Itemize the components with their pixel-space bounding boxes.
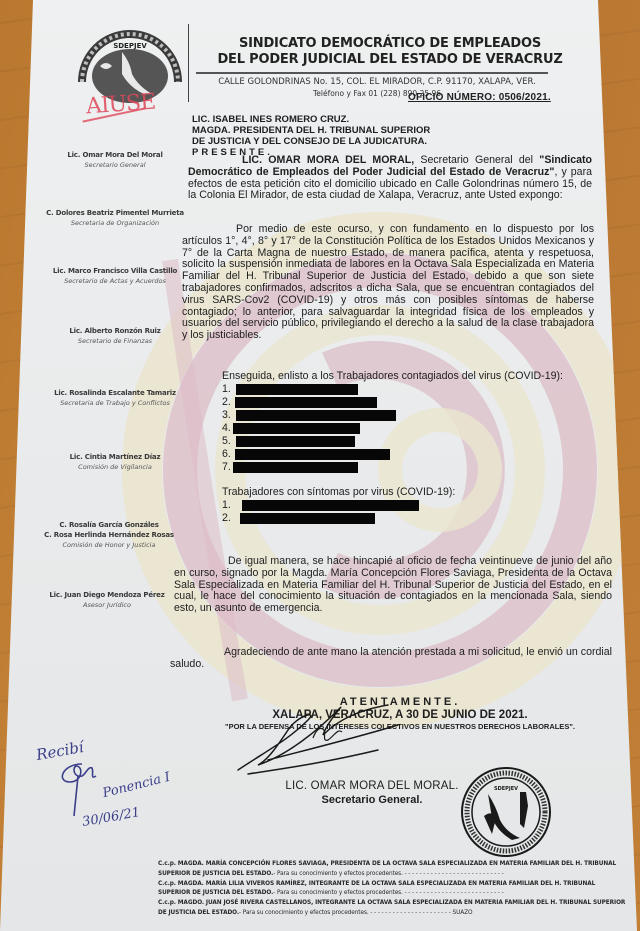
ccp-note: - Para su conocimiento y efectos procede… [273, 871, 403, 877]
sender-name: LIC. OMAR MORA DEL MORAL, [242, 154, 414, 166]
signature-scribble [228, 690, 408, 780]
received-handwritten-note: Recibí Ponencia I 30/06/21 [30, 730, 190, 840]
member-entry: Lic. Omar Mora Del Moral Secretario Gene… [40, 150, 190, 170]
list-item: 1. [222, 499, 622, 512]
oficio-number: OFICIO NÚMERO: 0506/2021. [408, 92, 551, 103]
member-name: Lic. Cintia Martínez Díaz [40, 452, 190, 462]
redacted-name [235, 397, 377, 408]
handwritten-stamp: AIUSE [85, 90, 156, 120]
header-horizontal-rule [196, 72, 548, 74]
member-role: Secretario de Finanzas [40, 336, 190, 346]
org-name-line-1: SINDICATO DEMOCRÁTICO DE EMPLEADOS [200, 36, 580, 52]
list-item: 4. [222, 422, 622, 435]
request-paragraph: Por medio de este ocurso, y con fundamen… [182, 224, 594, 342]
member-entry: Lic. Juan Diego Mendoza Pérez Asesor Jur… [32, 590, 182, 610]
signer-name: LIC. OMAR MORA DEL MORAL. [282, 780, 462, 792]
member-entry: C. Rosalía García Gonzáles C. Rosa Herli… [34, 520, 184, 550]
list-number: 1. [222, 499, 234, 512]
list-number: 2. [222, 512, 234, 525]
member-role: Secretario de Actas y Acuerdos [40, 276, 190, 286]
list-item: 7. [222, 461, 622, 474]
org-name-line-2: DEL PODER JUDICIAL DEL ESTADO DE VERACRU… [200, 52, 580, 68]
signer-role: Secretario General. [282, 794, 462, 806]
member-role: Comisión de Honor y Justicia [34, 540, 184, 550]
workers-lists: Enseguida, enlisto a los Trabajadores co… [222, 370, 622, 525]
list-item: 6. [222, 448, 622, 461]
list-number: 5. [222, 435, 234, 448]
ccp-suffix: SUAZO [453, 910, 473, 916]
list-item: 5. [222, 435, 622, 448]
member-entry: C. Dolores Beatriz Pimentel Murrieta Sec… [40, 208, 190, 228]
redacted-name [240, 513, 375, 524]
list-number: 2. [222, 396, 234, 409]
address-line: CALLE GOLONDRINAS No. 15, COL. EL MIRADO… [196, 76, 558, 88]
addressee-block: LIC. ISABEL INES ROMERO CRUZ. MAGDA. PRE… [192, 114, 430, 158]
member-role: Secretario General [40, 160, 190, 170]
carbon-copy-list: C.c.p. MAGDA. MARÍA CONCEPCIÓN FLORES SA… [158, 860, 628, 919]
member-role: Secretaria de Trabajo y Conflictos [40, 398, 190, 408]
list-number: 3. [222, 409, 234, 422]
member-entry: Lic. Rosalinda Escalante Tamariz Secreta… [40, 388, 190, 408]
list-number: 1. [222, 383, 234, 396]
member-entry: Lic. Alberto Ronzón Ruiz Secretario de F… [40, 326, 190, 346]
document-page: SDEPJEV SINDICATO DEMOCRÁTICO DE EMPLEAD… [0, 0, 640, 931]
member-name: Lic. Omar Mora Del Moral [40, 150, 190, 160]
redacted-name [236, 384, 358, 395]
union-seal-stamp: SDEPJEV [448, 766, 566, 858]
infected-list-title: Enseguida, enlisto a los Trabajadores co… [222, 370, 622, 383]
redacted-name [242, 500, 419, 511]
signer-block: LIC. OMAR MORA DEL MORAL. Secretario Gen… [282, 780, 462, 806]
member-name: Lic. Rosalinda Escalante Tamariz [40, 388, 190, 398]
ccp-note: - Para su conocimiento y efectos procede… [273, 890, 403, 896]
ccp-entry: C.c.p. MAGDA. MARÍA CONCEPCIÓN FLORES SA… [158, 860, 628, 880]
svg-text:SDEPJEV: SDEPJEV [494, 786, 518, 792]
header-vertical-rule [188, 24, 189, 102]
list-item: 2. [222, 396, 622, 409]
member-name: C. Rosa Herlinda Hernández Rosas [34, 530, 184, 540]
member-entry: Lic. Cintia Martínez Díaz Comisión de Vi… [40, 452, 190, 472]
request-text: Por medio de este ocurso, y con fundamen… [182, 223, 594, 341]
reference-text: De igual manera, se hace hincapié al ofi… [174, 555, 612, 614]
member-role: Asesor Jurídico [32, 600, 182, 610]
addressee-title-2: DE JUSTICIA Y DEL CONSEJO DE LA JUDICATU… [192, 136, 430, 147]
intro-text: Secretario General del [414, 154, 539, 166]
addressee-title-1: MAGDA. PRESIDENTA DEL H. TRIBUNAL SUPERI… [192, 125, 430, 136]
list-item: 2. [222, 512, 622, 525]
addressee-name: LIC. ISABEL INES ROMERO CRUZ. [192, 114, 430, 125]
member-name: C. Rosalía García Gonzáles [34, 520, 184, 530]
symptoms-list-title: Trabajadores con síntomas por virus (COV… [222, 486, 622, 499]
closing-text: Agradeciendo de ante mano la atención pr… [170, 646, 612, 670]
member-entry: Lic. Marco Francisco Villa Castillo Secr… [40, 266, 190, 286]
ccp-note: - Para su conocimiento y efectos procede… [239, 910, 369, 916]
redacted-name [233, 462, 358, 473]
closing-paragraph: Agradeciendo de ante mano la atención pr… [170, 647, 612, 671]
member-name: Lic. Marco Francisco Villa Castillo [40, 266, 190, 276]
reference-paragraph: De igual manera, se hace hincapié al ofi… [174, 556, 612, 615]
member-role: Secretaria de Organización [40, 218, 190, 228]
member-name: Lic. Juan Diego Mendoza Pérez [32, 590, 182, 600]
list-item: 1. [222, 383, 622, 396]
redacted-name [235, 449, 390, 460]
list-item: 3. [222, 409, 622, 422]
ccp-entry: C.c.p. MAGDO. JUAN JOSÉ RIVERA CASTELLAN… [158, 899, 628, 919]
organization-name: SINDICATO DEMOCRÁTICO DE EMPLEADOS DEL P… [200, 36, 580, 68]
intro-paragraph: LIC. OMAR MORA DEL MORAL, Secretario Gen… [188, 155, 592, 202]
member-role: Comisión de Vigilancia [40, 462, 190, 472]
ccp-entry: C.c.p. MAGDA. MARÍA LILIA VIVEROS RAMÍRE… [158, 880, 628, 900]
member-name: C. Dolores Beatriz Pimentel Murrieta [40, 208, 190, 218]
redacted-name [233, 423, 360, 434]
list-number: 6. [222, 448, 234, 461]
member-name: Lic. Alberto Ronzón Ruiz [40, 326, 190, 336]
redacted-name [236, 410, 396, 421]
svg-text:SDEPJEV: SDEPJEV [113, 42, 147, 50]
redacted-name [236, 436, 355, 447]
